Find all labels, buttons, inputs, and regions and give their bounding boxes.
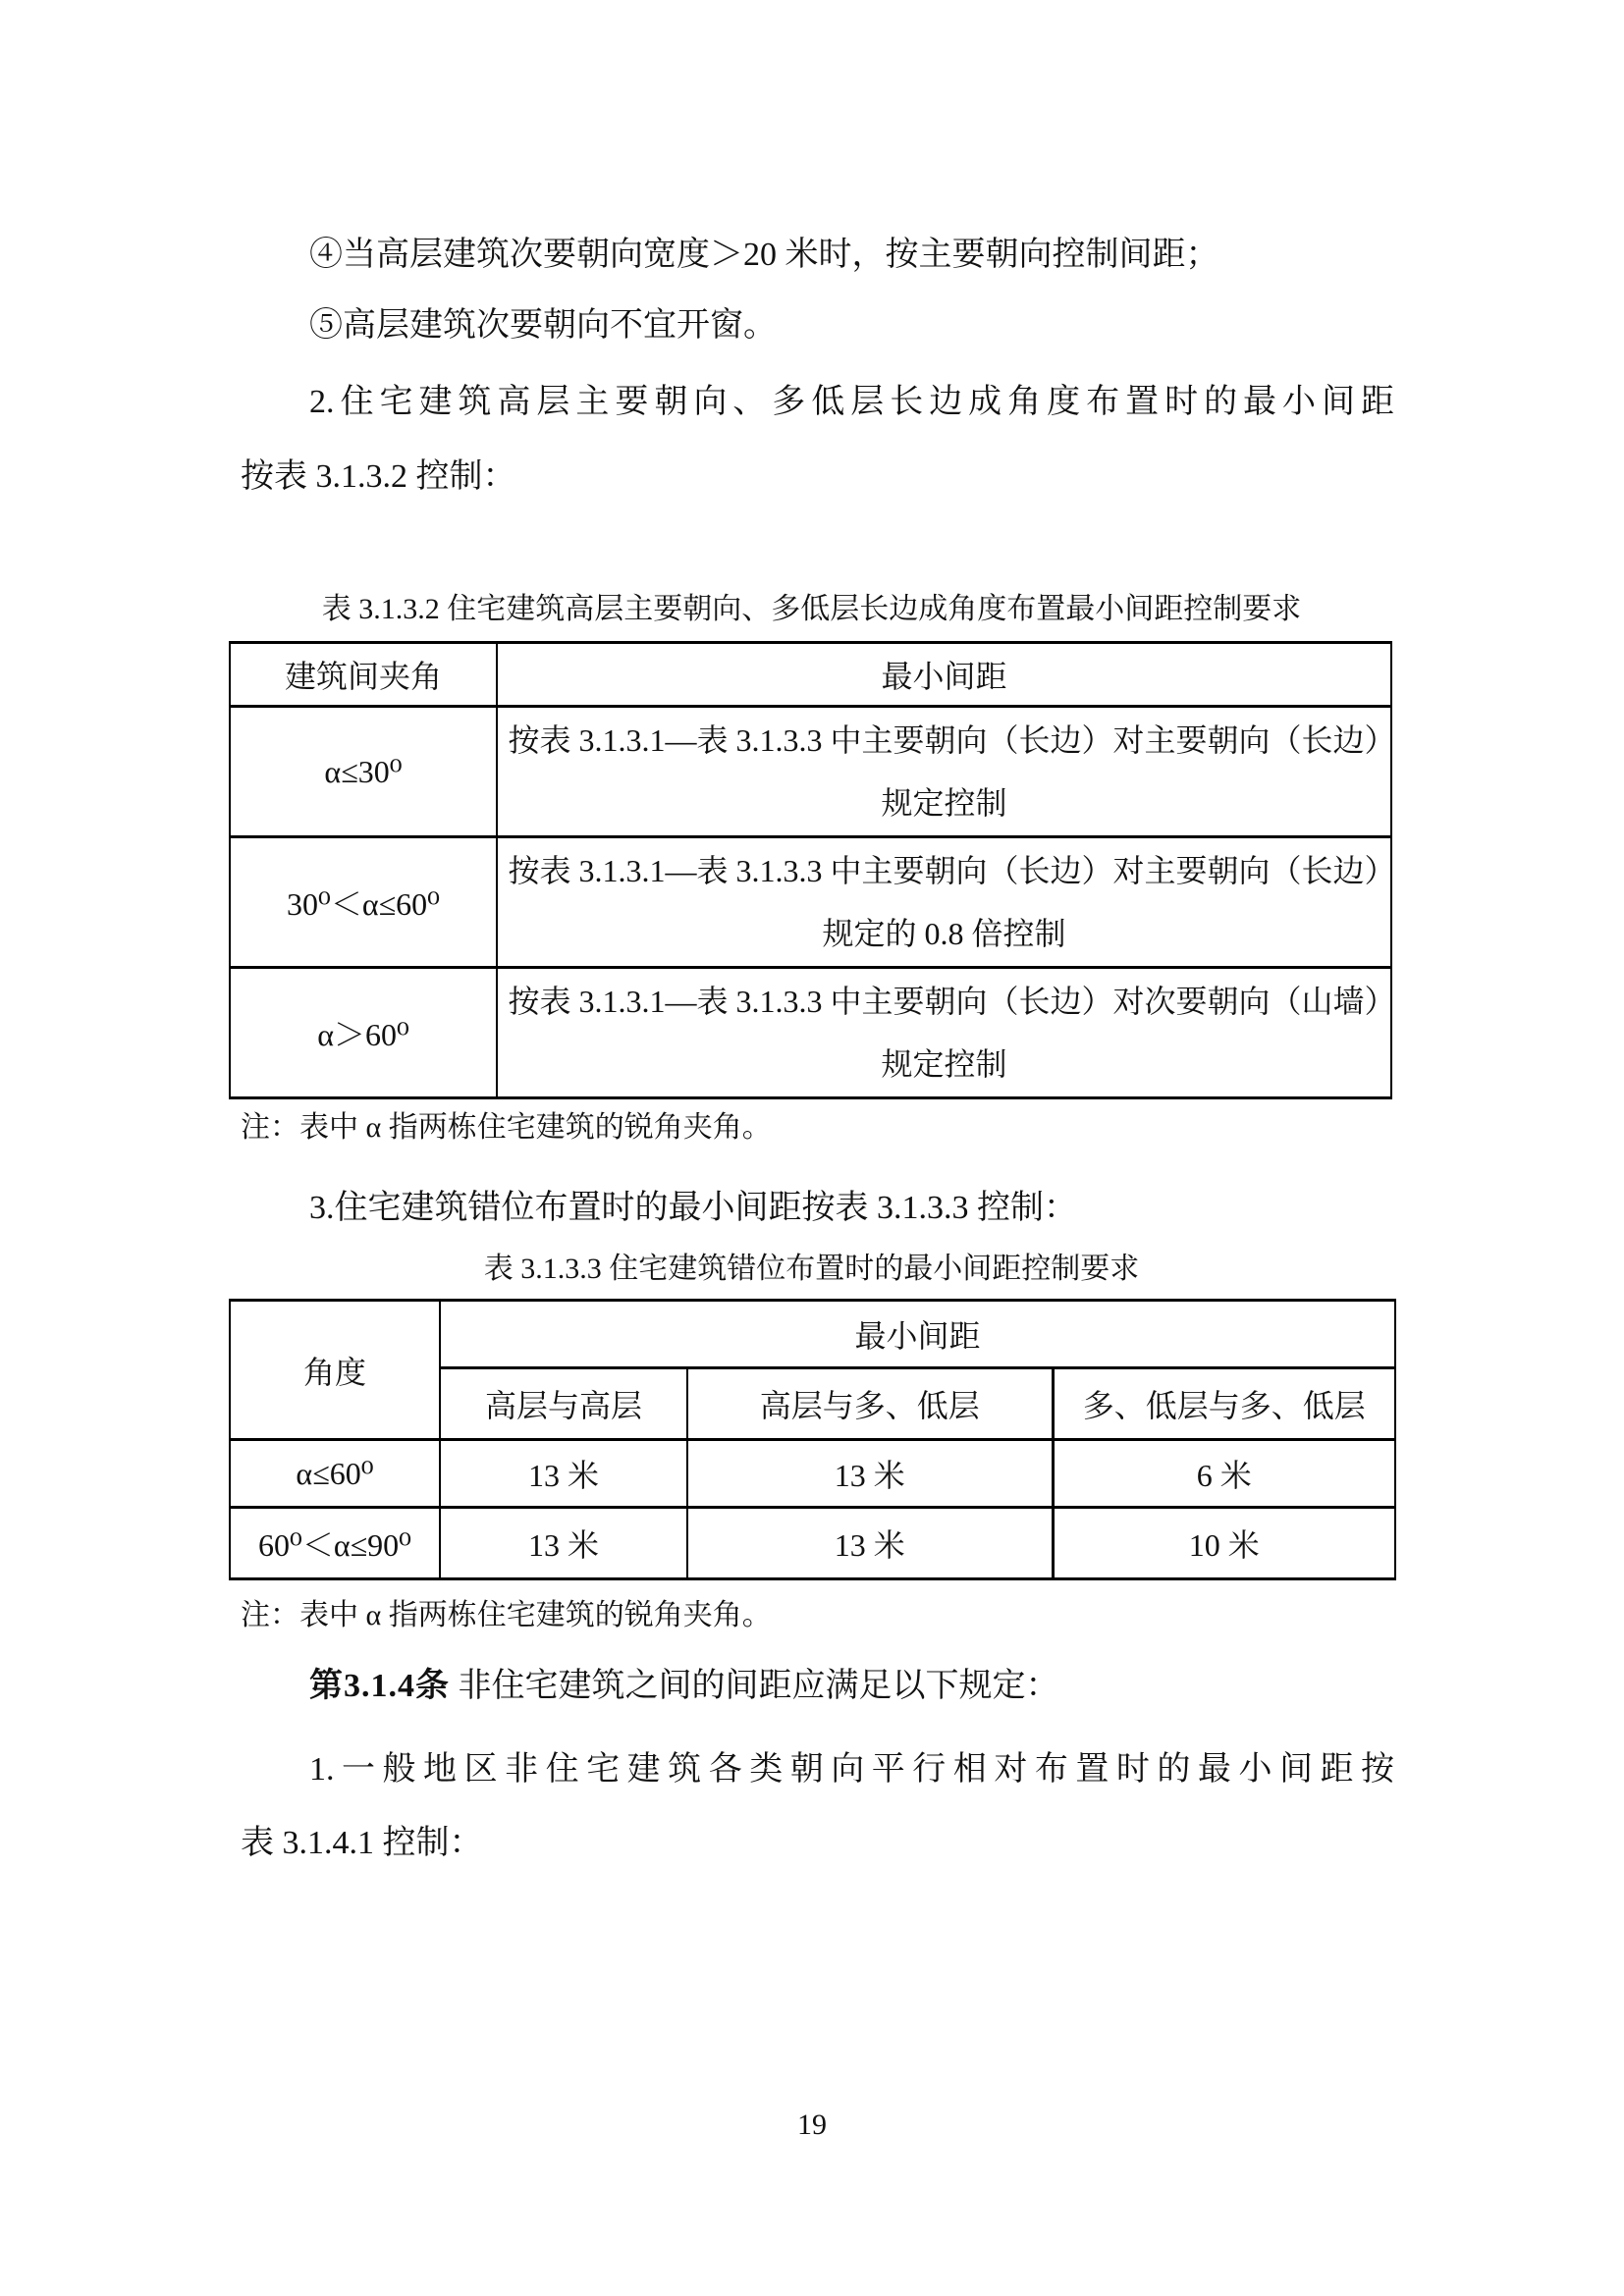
table-3133-angle-cell: α≤60⁰ <box>230 1440 440 1508</box>
table-3133-value-cell: 13 米 <box>440 1440 687 1508</box>
table-row: 建筑间夹角 最小间距 <box>230 643 1391 707</box>
section-314-heading: 第3.1.4条 非住宅建筑之间的间距应满足以下规定： <box>241 1665 1394 1708</box>
table-row: 60⁰＜α≤90⁰ 13 米 13 米 10 米 <box>230 1508 1395 1579</box>
table-3133-caption: 表 3.1.3.3 住宅建筑错位布置时的最小间距控制要求 <box>229 1250 1394 1289</box>
section-314-label: 第3.1.4条 <box>309 1668 450 1704</box>
table-3133-angle-cell: 60⁰＜α≤90⁰ <box>230 1508 440 1579</box>
table-3132-header-angle: 建筑间夹角 <box>230 643 497 707</box>
table-3133-value-cell: 6 米 <box>1053 1440 1395 1508</box>
document-page: ④当高层建筑次要朝向宽度＞20 米时，按主要朝向控制间距； ⑤高层建筑次要朝向不… <box>0 0 1624 2296</box>
section-314-text: 非住宅建筑之间的间距应满足以下规定： <box>450 1668 1059 1704</box>
table-3132-rule-cell: 按表 3.1.3.1—表 3.1.3.3 中主要朝向（长边）对主要朝向（长边）规… <box>497 837 1391 968</box>
table-3133-value-cell: 10 米 <box>1053 1508 1395 1579</box>
table-3132-angle-cell: 30⁰＜α≤60⁰ <box>230 837 497 968</box>
table-3133: 角度 最小间距 高层与高层 高层与多、低层 多、低层与多、低层 α≤60⁰ 13… <box>229 1299 1396 1580</box>
paragraph-3: 3.住宅建筑错位布置时的最小间距按表 3.1.3.3 控制： <box>241 1187 1394 1230</box>
table-row: α≤60⁰ 13 米 13 米 6 米 <box>230 1440 1395 1508</box>
table-3133-group-header: 最小间距 <box>440 1301 1395 1368</box>
table-3132: 建筑间夹角 最小间距 α≤30⁰ 按表 3.1.3.1—表 3.1.3.3 中主… <box>229 641 1392 1099</box>
table-3133-value-cell: 13 米 <box>687 1440 1053 1508</box>
table-3132-caption: 表 3.1.3.2 住宅建筑高层主要朝向、多低层长边成角度布置最小间距控制要求 <box>229 590 1394 629</box>
table-3133-subheader-high-multi: 高层与多、低层 <box>687 1368 1053 1440</box>
paragraph-item-4: ④当高层建筑次要朝向宽度＞20 米时，按主要朝向控制间距； <box>241 234 1394 277</box>
paragraph-2-line-2: 按表 3.1.3.2 控制： <box>241 455 1394 499</box>
paragraph-314-line-2: 表 3.1.4.1 控制： <box>241 1822 1394 1865</box>
table-row: 30⁰＜α≤60⁰ 按表 3.1.3.1—表 3.1.3.3 中主要朝向（长边）… <box>230 837 1391 968</box>
paragraph-2-line-1: 2.住宅建筑高层主要朝向、多低层长边成角度布置时的最小间距 <box>241 381 1394 424</box>
table-3133-subheader-multi-multi: 多、低层与多、低层 <box>1053 1368 1395 1440</box>
table-3133-corner-header: 角度 <box>230 1301 440 1440</box>
paragraph-item-5: ⑤高层建筑次要朝向不宜开窗。 <box>241 304 1394 347</box>
table-3132-angle-cell: α≤30⁰ <box>230 707 497 837</box>
table-3133-value-cell: 13 米 <box>687 1508 1053 1579</box>
table-3133-subheader-high-high: 高层与高层 <box>440 1368 687 1440</box>
table-3132-rule-cell: 按表 3.1.3.1—表 3.1.3.3 中主要朝向（长边）对主要朝向（长边）规… <box>497 707 1391 837</box>
paragraph-314-line-1: 1.一般地区非住宅建筑各类朝向平行相对布置时的最小间距按 <box>241 1748 1394 1791</box>
table-3133-value-cell: 13 米 <box>440 1508 687 1579</box>
table-3132-rule-cell: 按表 3.1.3.1—表 3.1.3.3 中主要朝向（长边）对次要朝向（山墙）规… <box>497 968 1391 1098</box>
table-3132-note: 注：表中 α 指两栋住宅建筑的锐角夹角。 <box>241 1108 1394 1148</box>
table-row: α≤30⁰ 按表 3.1.3.1—表 3.1.3.3 中主要朝向（长边）对主要朝… <box>230 707 1391 837</box>
table-3133-note: 注：表中 α 指两栋住宅建筑的锐角夹角。 <box>241 1596 1394 1635</box>
page-number: 19 <box>0 2109 1624 2142</box>
table-row: 角度 最小间距 <box>230 1301 1395 1368</box>
table-row: α＞60⁰ 按表 3.1.3.1—表 3.1.3.3 中主要朝向（长边）对次要朝… <box>230 968 1391 1098</box>
table-3132-header-distance: 最小间距 <box>497 643 1391 707</box>
table-3132-angle-cell: α＞60⁰ <box>230 968 497 1098</box>
